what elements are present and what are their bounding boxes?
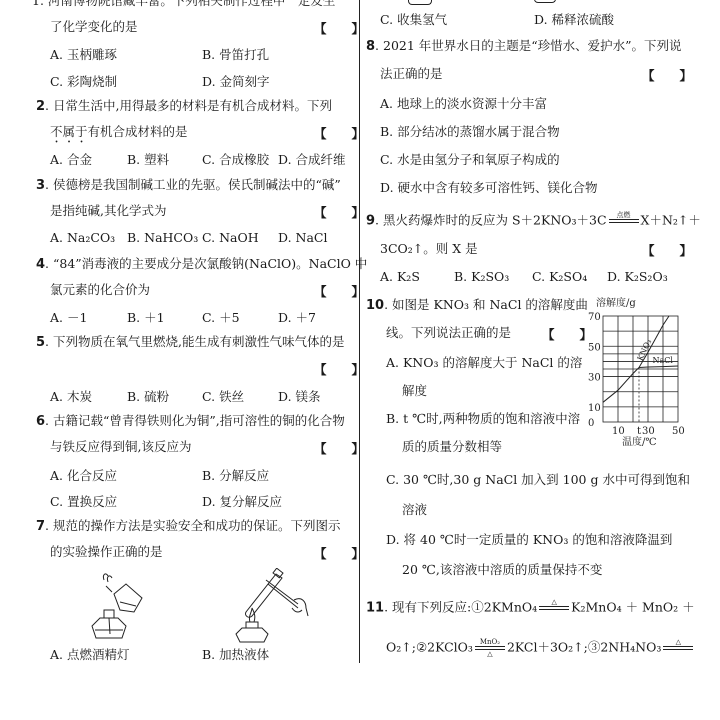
q9-option-b[interactable]: B. K₂SO₃ [454, 269, 509, 284]
q1-line2: 了化学变化的是 [50, 19, 138, 35]
q3-answer-bracket[interactable]: 【 】 [314, 203, 364, 221]
q9-reaction-arrow: 点燃 [607, 211, 641, 231]
q5-option-c[interactable]: C. 铁丝 [202, 387, 244, 405]
q10-number: 10 [366, 298, 384, 313]
q9-option-a[interactable]: A. K₂S [380, 269, 420, 284]
chart-x-axis-label: 温度/℃ [622, 435, 657, 446]
svg-text:70: 70 [588, 312, 601, 323]
svg-text:50: 50 [588, 342, 601, 353]
q1-option-d[interactable]: D. 金简刻字 [202, 72, 270, 90]
svg-text:50: 50 [672, 426, 685, 437]
q3-option-d[interactable]: D. NaCl [278, 230, 327, 245]
q9-line2: 3CO₂↑。则 X 是 [380, 241, 478, 257]
svg-text:0: 0 [588, 418, 594, 429]
q2-line1: 2. 日常生活中,用得最多的材料是有机合成材料。下列 [36, 98, 332, 115]
q7-figure-d-caption[interactable]: D. 稀释浓硫酸 [534, 10, 614, 28]
q3-number: 3 [36, 178, 45, 193]
heating-liquid-test-tube-icon [202, 568, 312, 646]
q6-option-c[interactable]: C. 置换反应 [50, 492, 117, 510]
q7-number: 7 [36, 519, 45, 534]
q10-line1: 10. 如图是 KNO₃ 和 NaCl 的溶解度曲 [366, 297, 588, 314]
q5-option-a[interactable]: A. 木炭 [50, 387, 92, 405]
q8-option-c[interactable]: C. 水是由氢分子和氧原子构成的 [380, 150, 560, 168]
q3-option-c[interactable]: C. NaOH [202, 230, 259, 245]
q7-figure-a-caption[interactable]: A. 点燃酒精灯 [50, 645, 129, 663]
q4-number: 4 [36, 257, 45, 272]
q2-line2: 不属于有机合成材料的是 [50, 124, 188, 146]
q5-option-d[interactable]: D. 镁条 [278, 387, 321, 405]
q9-option-c[interactable]: C. K₂SO₄ [532, 269, 587, 284]
alcohol-lamp-lighting-icon [62, 572, 152, 644]
q10-option-b-line1[interactable]: B. t ℃时,两种物质的饱和溶液中溶 [386, 409, 580, 427]
q5-option-b[interactable]: B. 硫粉 [127, 387, 169, 405]
q10-option-d-line1[interactable]: D. 将 40 ℃时一定质量的 KNO₃ 的饱和溶液降温到 [386, 530, 672, 548]
q7-line2: 的实验操作正确的是 [50, 544, 163, 560]
q2-option-d[interactable]: D. 合成纤维 [278, 150, 346, 168]
q8-line2: 法正确的是 [380, 66, 443, 82]
q10-option-c-line1[interactable]: C. 30 ℃时,30 g NaCl 加入到 100 g 水中可得到饱和 [386, 470, 690, 488]
q8-number: 8 [366, 39, 375, 54]
q5-answer-bracket[interactable]: 【 】 [314, 360, 364, 378]
q10-option-d-line2: 20 ℃,该溶液中溶质的质量保持不变 [402, 560, 602, 578]
q6-line1: 6. 古籍记载“曾青得铁则化为铜”,指可溶性的铜的化合物 [36, 413, 345, 430]
q2-option-c[interactable]: C. 合成橡胶 [202, 150, 269, 168]
svg-text:30: 30 [588, 373, 601, 384]
svg-text:t: t [637, 426, 641, 437]
q4-option-c[interactable]: C. ＋5 [202, 308, 240, 326]
q3-line2: 是指纯碱,其化学式为 [50, 203, 166, 219]
q11-reaction-arrow-3: △ [661, 638, 695, 658]
q11-line1: 11. 现有下列反应:①2KMnO₄△ K₂MnO₄ ＋ MnO₂ ＋ [366, 598, 695, 618]
q7-answer-bracket[interactable]: 【 】 [314, 544, 364, 562]
nacl-curve-label: NaCl [653, 356, 674, 365]
q8-option-b[interactable]: B. 部分结冰的蒸馏水属于混合物 [380, 122, 560, 140]
svg-text:10: 10 [612, 426, 625, 437]
q6-answer-bracket[interactable]: 【 】 [314, 439, 364, 457]
q3-line1: 3. 侯德榜是我国制碱工业的先驱。侯氏制碱法中的“碱” [36, 177, 341, 194]
q1-option-c[interactable]: C. 彩陶烧制 [50, 72, 117, 90]
q4-option-b[interactable]: B. ＋1 [127, 308, 165, 326]
q10-answer-bracket[interactable]: 【 】 [542, 325, 592, 343]
q4-line2: 氯元素的化合价为 [50, 282, 150, 298]
q6-option-a[interactable]: A. 化合反应 [50, 466, 117, 484]
q11-number: 11 [366, 601, 384, 616]
q9-number: 9 [366, 214, 375, 229]
q2-option-b[interactable]: B. 塑料 [127, 150, 169, 168]
q9-option-d[interactable]: D. K₂S₂O₃ [607, 269, 668, 284]
column-divider [359, 0, 360, 663]
q3-option-a[interactable]: A. Na₂CO₃ [50, 230, 115, 245]
q6-option-d[interactable]: D. 复分解反应 [202, 492, 282, 510]
q4-option-a[interactable]: A. －1 [50, 308, 87, 326]
q7-line1: 7. 规范的操作方法是实验安全和成功的保证。下列图示 [36, 518, 341, 535]
q6-line2: 与铁反应得到铜,该反应为 [50, 439, 191, 455]
q4-answer-bracket[interactable]: 【 】 [314, 282, 364, 300]
svg-text:30: 30 [642, 426, 655, 437]
gas-collection-figure-fragment [408, 0, 432, 5]
q11-line2: O₂↑;②2KClO₃MnO₂△2KCl＋3O₂↑;③2NH₄NO₃△ [386, 638, 695, 658]
q3-option-b[interactable]: B. NaHCO₃ [127, 230, 198, 245]
q6-number: 6 [36, 414, 45, 429]
svg-text:10: 10 [588, 403, 601, 414]
q5-number: 5 [36, 335, 45, 350]
q2-answer-bracket[interactable]: 【 】 [314, 124, 364, 142]
dilution-figure-fragment [534, 0, 556, 3]
q10-option-c-line2: 溶液 [402, 500, 427, 518]
q6-option-b[interactable]: B. 分解反应 [202, 466, 269, 484]
q10-option-a-line1[interactable]: A. KNO₃ 的溶解度大于 NaCl 的溶 [386, 353, 582, 371]
q2-option-a[interactable]: A. 合金 [50, 150, 92, 168]
q2-emphasis: 不属于 [50, 124, 88, 139]
q8-option-d[interactable]: D. 硬水中含有较多可溶性钙、镁化合物 [380, 178, 598, 196]
q10-option-a-line2: 解度 [402, 381, 427, 399]
q1-option-a[interactable]: A. 玉柄雕琢 [50, 45, 117, 63]
solubility-curve-chart: 溶解度/g 01030507010t3050 KNO₃ NaCl 温度/℃ [586, 296, 691, 446]
q4-option-d[interactable]: D. ＋7 [278, 308, 316, 326]
q8-answer-bracket[interactable]: 【 】 [642, 66, 692, 84]
q11-reaction-arrow-2: MnO₂△ [473, 638, 507, 658]
q11-reaction-arrow-1: △ [537, 598, 571, 618]
q8-option-a[interactable]: A. 地球上的淡水资源十分丰富 [380, 94, 547, 112]
q5-line1: 5. 下列物质在氧气里燃烧,能生成有刺激性气味气体的是 [36, 334, 344, 351]
chart-y-axis-label: 溶解度/g [596, 296, 636, 309]
q10-option-b-line2: 质的质量分数相等 [402, 437, 502, 455]
kno3-curve-label: KNO₃ [636, 338, 654, 362]
q1-option-b[interactable]: B. 骨笛打孔 [202, 45, 269, 63]
q1-line1: 1. 河南博物院馆藏丰富。下列相关制作过程中一定发生 [32, 0, 335, 9]
nacl-curve [639, 366, 678, 368]
q9-answer-bracket[interactable]: 【 】 [642, 241, 692, 259]
q2-number: 2 [36, 99, 45, 114]
q8-line1: 8. 2021 年世界水日的主题是“珍惜水、爱护水”。下列说 [366, 38, 682, 55]
q4-line1: 4. “84”消毒液的主要成分是次氯酸钠(NaClO)。NaClO 中 [36, 256, 367, 273]
q10-line2: 线。下列说法正确的是 [386, 325, 511, 341]
q1-answer-bracket[interactable]: 【 】 [314, 19, 364, 37]
q9-line1: 9. 黑火药爆炸时的反应为 S＋2KNO₃＋3C点燃 X＋N₂↑＋ [366, 211, 701, 231]
q7-figure-c-caption[interactable]: C. 收集氢气 [380, 10, 447, 28]
q7-figure-b-caption[interactable]: B. 加热液体 [202, 645, 269, 663]
